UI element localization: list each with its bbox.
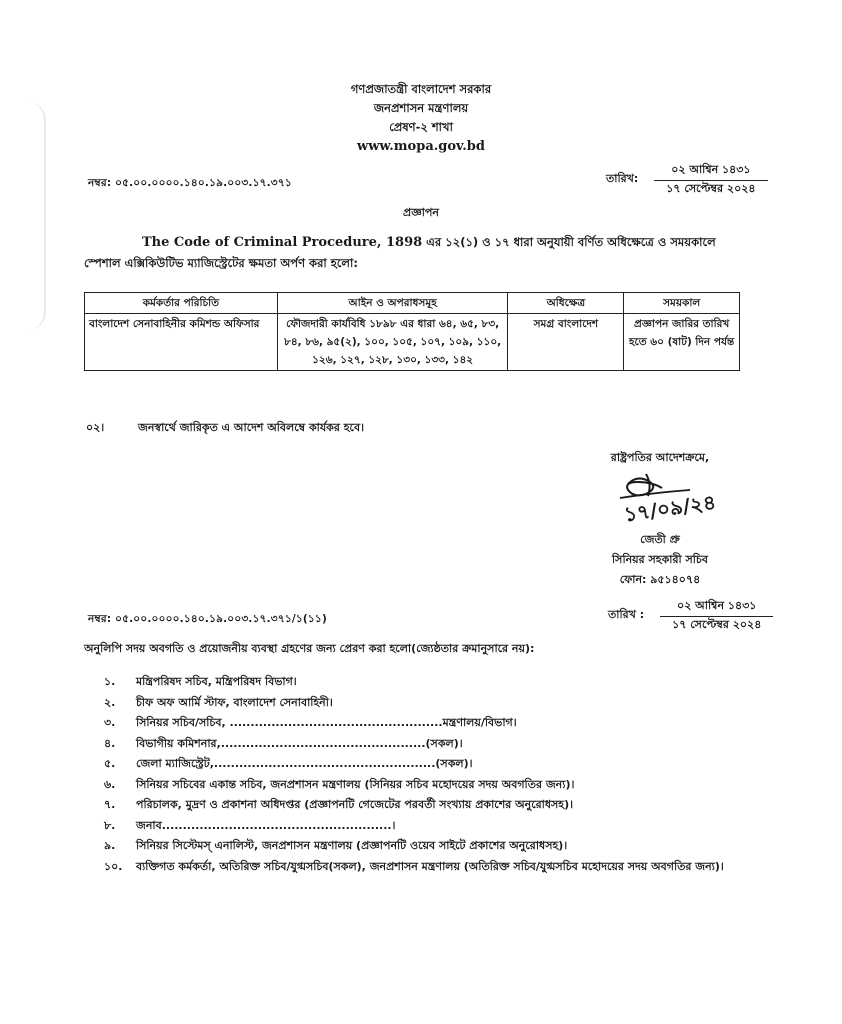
header-period: সময়কাল [624,293,740,314]
clause-number: ০২। [86,419,138,438]
table-row: বাংলাদেশ সেনাবাহিনীর কমিশন্ড অফিসার ফৌজদ… [85,314,740,371]
header-officer: কর্মকর্তার পরিচিতি [85,293,278,314]
document-title: প্রজ্ঞাপন [0,204,842,223]
list-item: ৬.সিনিয়র সচিবের একান্ত সচিব, জনপ্রশাসন … [104,775,744,796]
signatory-name: জেতী প্রু [560,530,760,550]
government-name: গণপ্রজাতন্ত্রী বাংলাদেশ সরকার [0,80,842,99]
list-item: ৪.বিভাগীয় কমিশনার,.....................… [104,734,744,755]
header-jurisdiction: অধিক্ষেত্র [508,293,624,314]
signatory-designation: সিনিয়র সহকারী সচিব [560,550,760,570]
letterhead: গণপ্রজাতন্ত্রী বাংলাদেশ সরকার জনপ্রশাসন … [0,80,842,156]
authority-table: কর্মকর্তার পরিচিতি আইন ও অপরাধসমূহ অধিক্… [84,292,740,371]
list-item: ৫.জেলা ম্যাজিস্ট্রেট,...................… [104,754,744,775]
list-item: ১০.ব্যক্তিগত কর্মকর্তা, অতিরিক্ত সচিব/যু… [104,857,744,878]
date-bangla: ০২ আশ্বিন ১৪৩১ [660,598,773,617]
list-item: ৩.সিনিয়র সচিব/সচিব, ...................… [104,713,744,734]
copy-memo-number: নম্বর: ০৫.০০.০০০০.১৪০.১৯.০০৩.১৭.৩৭১/১(১১… [88,612,327,629]
list-item: ১.মন্ত্রিপরিষদ সচিব, মন্ত্রিপরিষদ বিভাগ। [104,672,744,693]
list-item: ৮.জনাব..................................… [104,816,744,837]
header-laws: আইন ও অপরাধসমূহ [277,293,508,314]
date-label: তারিখ : [608,606,644,625]
cell-jurisdiction: সমগ্র বাংলাদেশ [508,314,624,371]
section-name: প্রেষণ-২ শাখা [0,118,842,137]
signatory-phone: ফোন: ৯৫১৪০৭৪ [560,570,760,590]
cell-laws: ফৌজদারী কার্যবিধি ১৮৯৮ এর ধারা ৬৪, ৬৫, ৮… [277,314,508,371]
memo-number: নম্বর: ০৫.০০.০০০০.১৪০.১৯.০০৩.১৭.৩৭১ [88,176,292,193]
ministry-name: জনপ্রশাসন মন্ত্রণালয় [0,99,842,118]
copy-intro: অনুলিপি সদয় অবগতি ও প্রয়োজনীয় ব্যবস্থ… [84,640,534,659]
copy-distribution-list: ১.মন্ত্রিপরিষদ সচিব, মন্ত্রিপরিষদ বিভাগ।… [104,672,744,877]
signature-block: রাষ্ট্রপতির আদেশক্রমে, ১৭/০৯/২৪ জেতী প্র… [560,448,760,590]
handwritten-signature-icon: ১৭/০৯/২৪ [590,468,730,530]
act-name: The Code of Criminal Procedure, 1898 [142,235,422,250]
copy-memo-date: তারিখ : ০২ আশ্বিন ১৪৩১ ১৭ সেপ্টেম্বর ২০২… [608,598,767,633]
date-gregorian: ১৭ সেপ্টেম্বর ২০২৪ [660,181,761,197]
date-bangla: ০২ আশ্বিন ১৪৩১ [654,162,767,181]
cell-officer: বাংলাদেশ সেনাবাহিনীর কমিশন্ড অফিসার [85,314,278,371]
website-link[interactable]: www.mopa.gov.bd [0,137,842,156]
notification-body: The Code of Criminal Procedure, 1898 এর … [84,232,754,273]
date-gregorian: ১৭ সেপ্টেম্বর ২০২৪ [666,617,767,633]
list-item: ২.চীফ অফ আর্মি স্টাফ, বাংলাদেশ সেনাবাহিন… [104,693,744,714]
cell-period: প্রজ্ঞাপন জারির তারিখ হতে ৬০ (ষাট) দিন প… [624,314,740,371]
list-item: ৯.সিনিয়র সিস্টেমস্ এনালিস্ট, জনপ্রশাসন … [104,836,744,857]
date-label: তারিখ: [606,170,638,189]
table-header-row: কর্মকর্তার পরিচিতি আইন ও অপরাধসমূহ অধিক্… [85,293,740,314]
order-clause: ০২। জনস্বার্থে জারিকৃত এ আদেশ অবিলম্বে ক… [86,419,364,438]
by-order-text: রাষ্ট্রপতির আদেশক্রমে, [560,448,760,468]
list-item: ৭.পরিচালক, মুদ্রণ ও প্রকাশনা অধিদপ্তর (প… [104,795,744,816]
memo-date: তারিখ: ০২ আশ্বিন ১৪৩১ ১৭ সেপ্টেম্বর ২০২৪ [606,162,762,197]
clause-text: জনস্বার্থে জারিকৃত এ আদেশ অবিলম্বে কার্য… [138,419,364,438]
